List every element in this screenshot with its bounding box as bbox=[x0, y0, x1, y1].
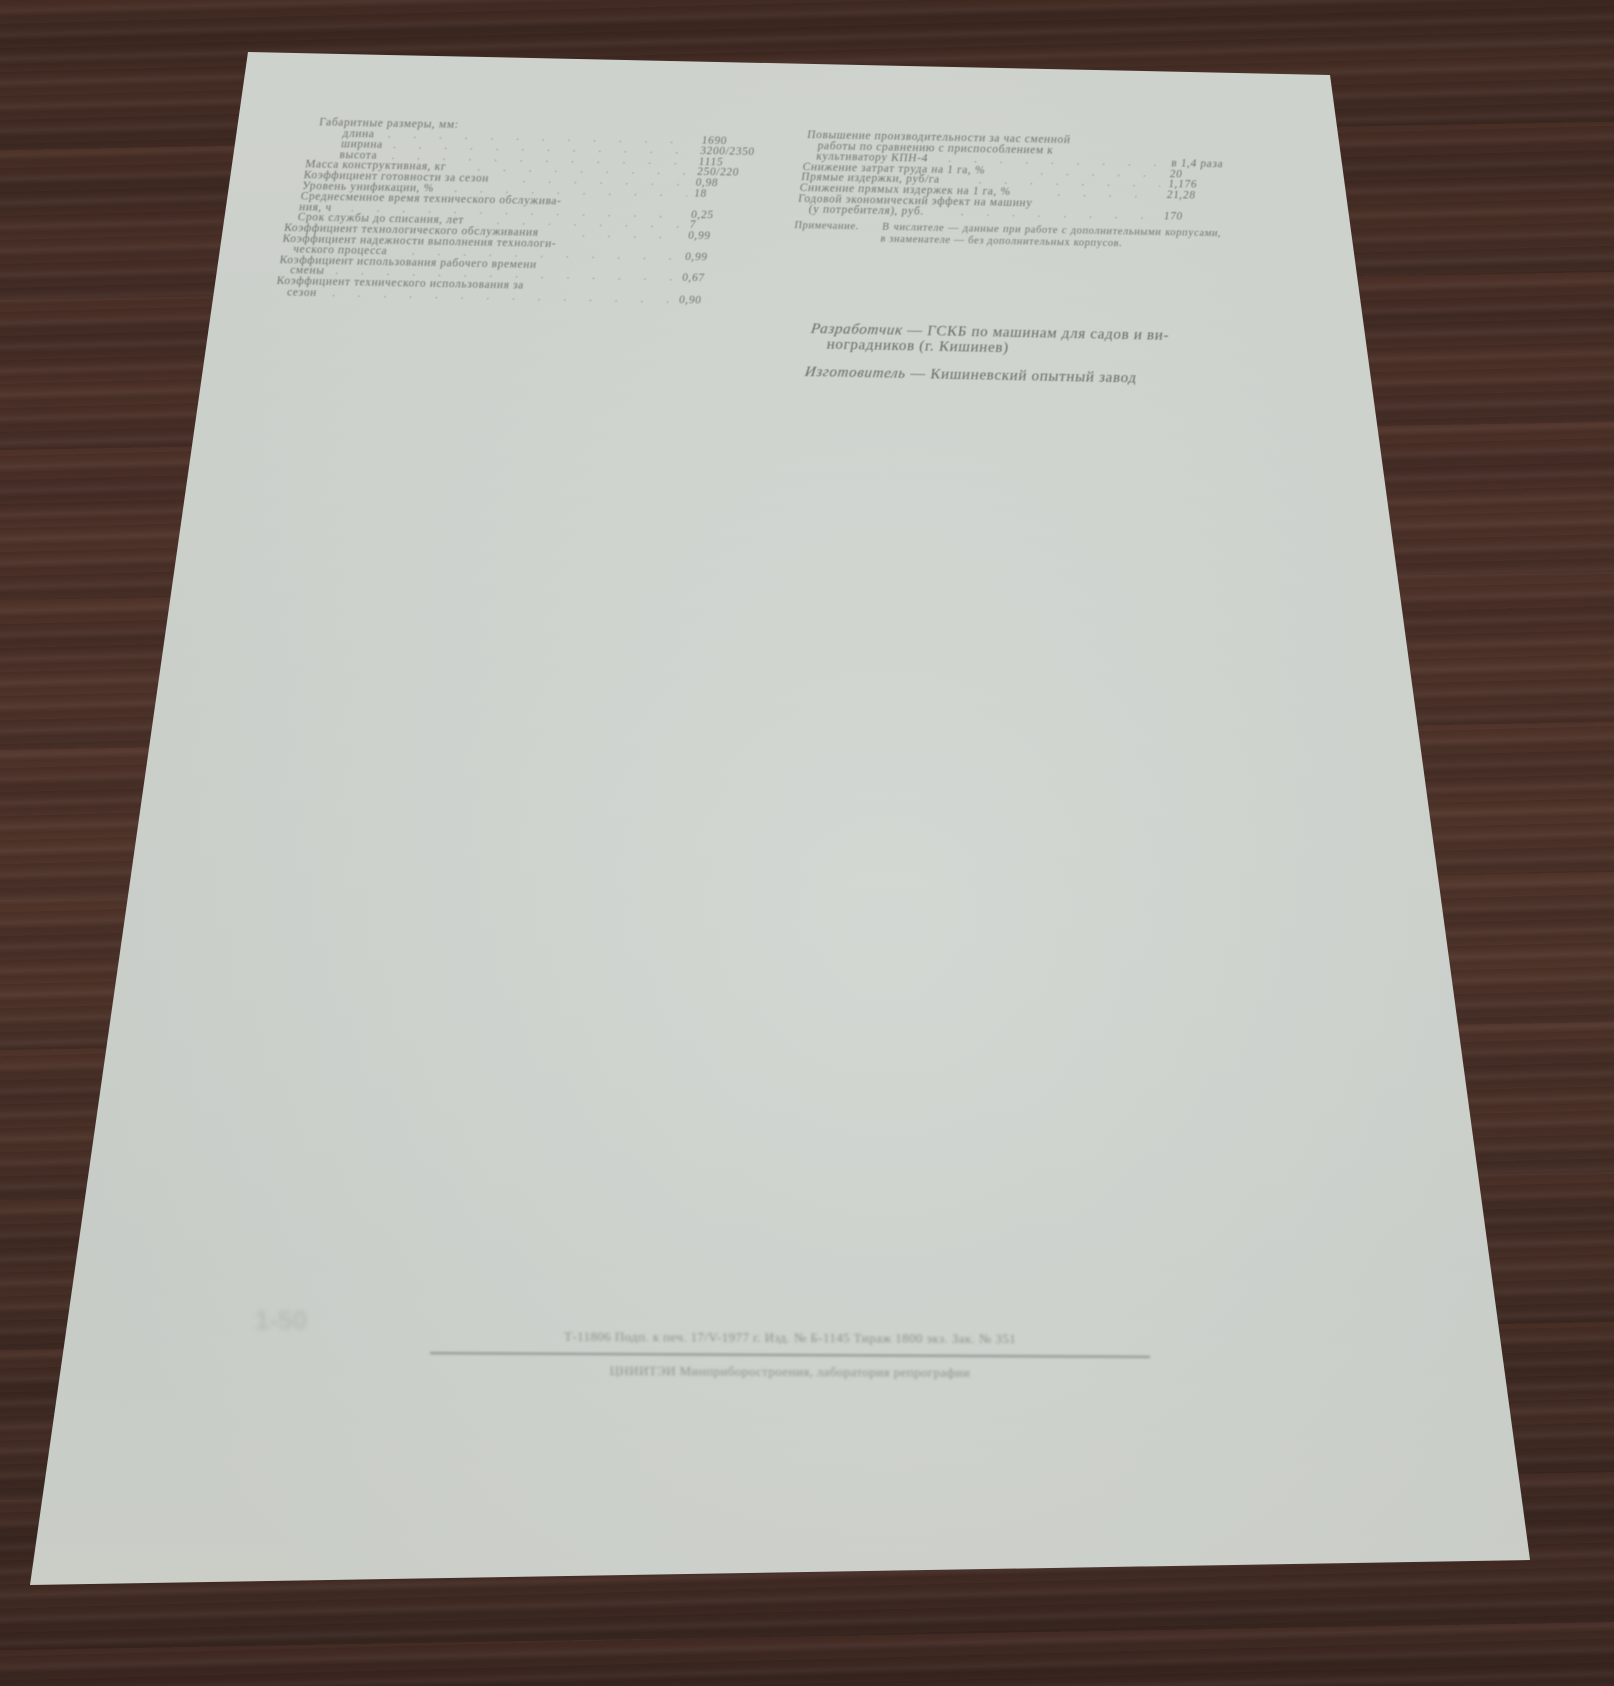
right-row-label: (у потребителя), руб. bbox=[796, 204, 925, 217]
left-row-label: сезон bbox=[274, 286, 317, 297]
left-row-value: 18 bbox=[693, 188, 707, 199]
spec-rows-right: Повышение производительности за час смен… bbox=[796, 130, 1247, 223]
imprint-rule bbox=[430, 1352, 1150, 1358]
credits: Разработчик — ГСКБ по машинам для садов … bbox=[802, 322, 1281, 402]
note-label: Примечание. bbox=[794, 220, 883, 234]
specs-left-column: Габаритные размеры, мм: длина. . . . . .… bbox=[274, 117, 778, 306]
manufacturer-label: Изготовитель bbox=[804, 364, 907, 382]
imprint: Т-11806 Подп. к печ. 17/V-1977 г. Изд. №… bbox=[430, 1328, 1150, 1382]
left-row-value: 0,67 bbox=[681, 273, 705, 284]
faint-stamp: 1-50 bbox=[255, 1305, 325, 1335]
spec-rows-left: длина. . . . . . . . . . . . . . . . . .… bbox=[274, 128, 777, 307]
left-row-value: 0,99 bbox=[687, 231, 711, 242]
imprint-line-1: Т-11806 Подп. к печ. 17/V-1977 г. Изд. №… bbox=[430, 1328, 1150, 1348]
right-row-value: 21,28 bbox=[1166, 190, 1196, 201]
right-row-value: 170 bbox=[1163, 211, 1184, 222]
manufacturer-text: — Кишиневский опытный завод bbox=[909, 366, 1138, 386]
specs-right-column: Повышение производительности за час смен… bbox=[792, 130, 1247, 252]
left-row-value: 0,90 bbox=[678, 294, 702, 305]
document-page bbox=[0, 0, 1614, 1686]
manufacturer-line: Изготовитель — Кишиневский опытный завод bbox=[804, 365, 1275, 389]
left-row-value: 0,99 bbox=[684, 252, 708, 263]
